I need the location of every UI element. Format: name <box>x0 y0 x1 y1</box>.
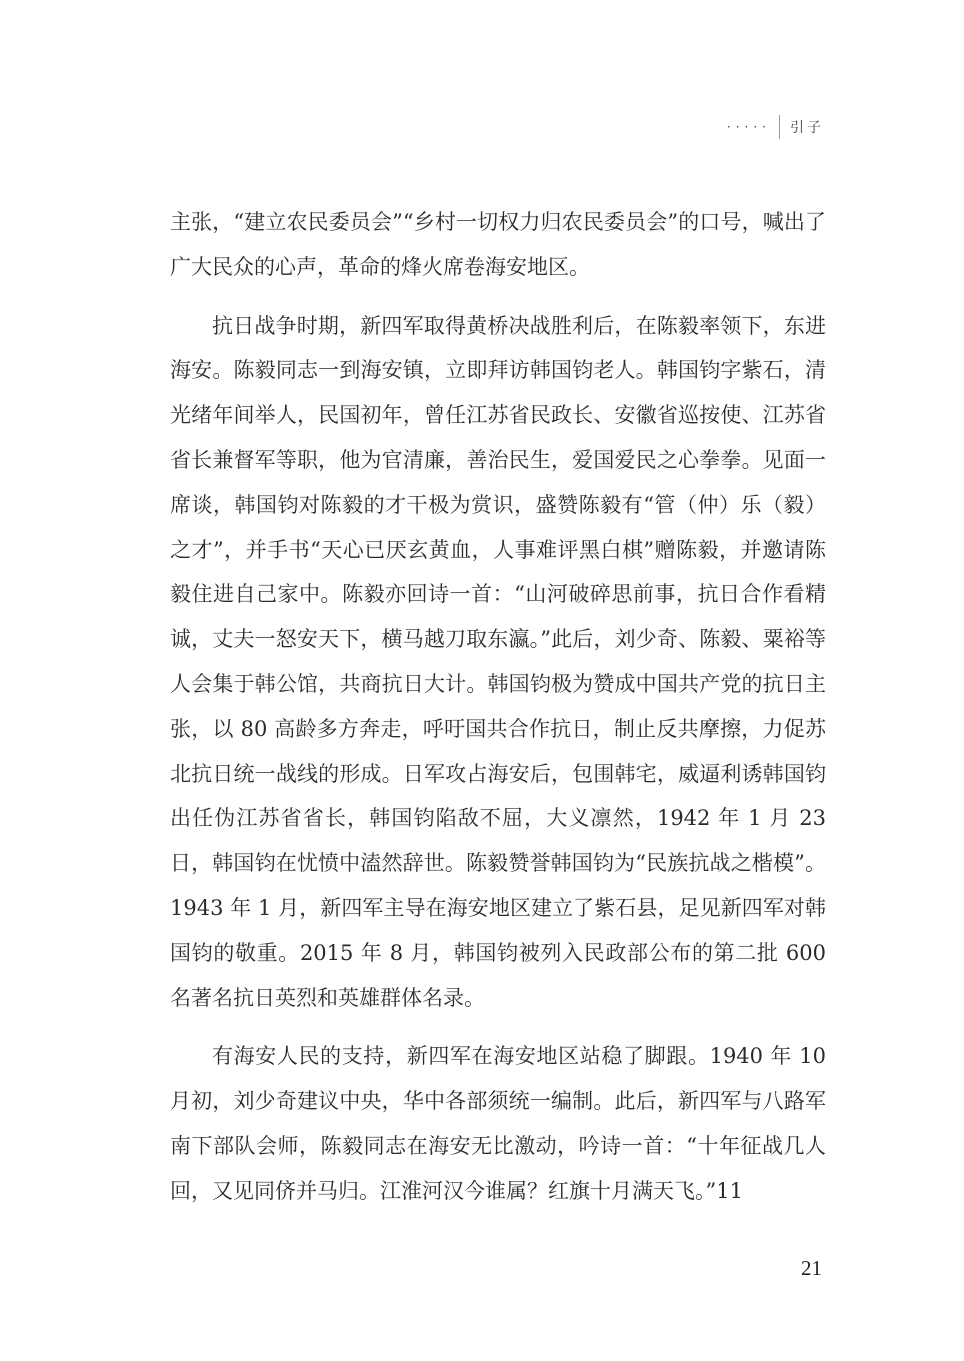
page-number: 21 <box>801 1256 822 1281</box>
body-text: 主张，“建立农民委员会”“乡村一切权力归农民委员会”的口号，喊出了广大民众的心声… <box>170 200 826 1228</box>
running-header: ····· 引子 <box>727 114 824 140</box>
header-separator <box>779 115 780 139</box>
paragraph-2: 抗日战争时期，新四军取得黄桥决战胜利后，在陈毅率领下，东进海安。陈毅同志一到海安… <box>170 304 826 1021</box>
header-dots: ····· <box>727 120 771 134</box>
paragraph-1: 主张，“建立农民委员会”“乡村一切权力归农民委员会”的口号，喊出了广大民众的心声… <box>170 200 826 290</box>
paragraph-3: 有海安人民的支持，新四军在海安地区站稳了脚跟。1940 年 10 月初，刘少奇建… <box>170 1034 826 1213</box>
section-title: 引子 <box>790 117 824 137</box>
